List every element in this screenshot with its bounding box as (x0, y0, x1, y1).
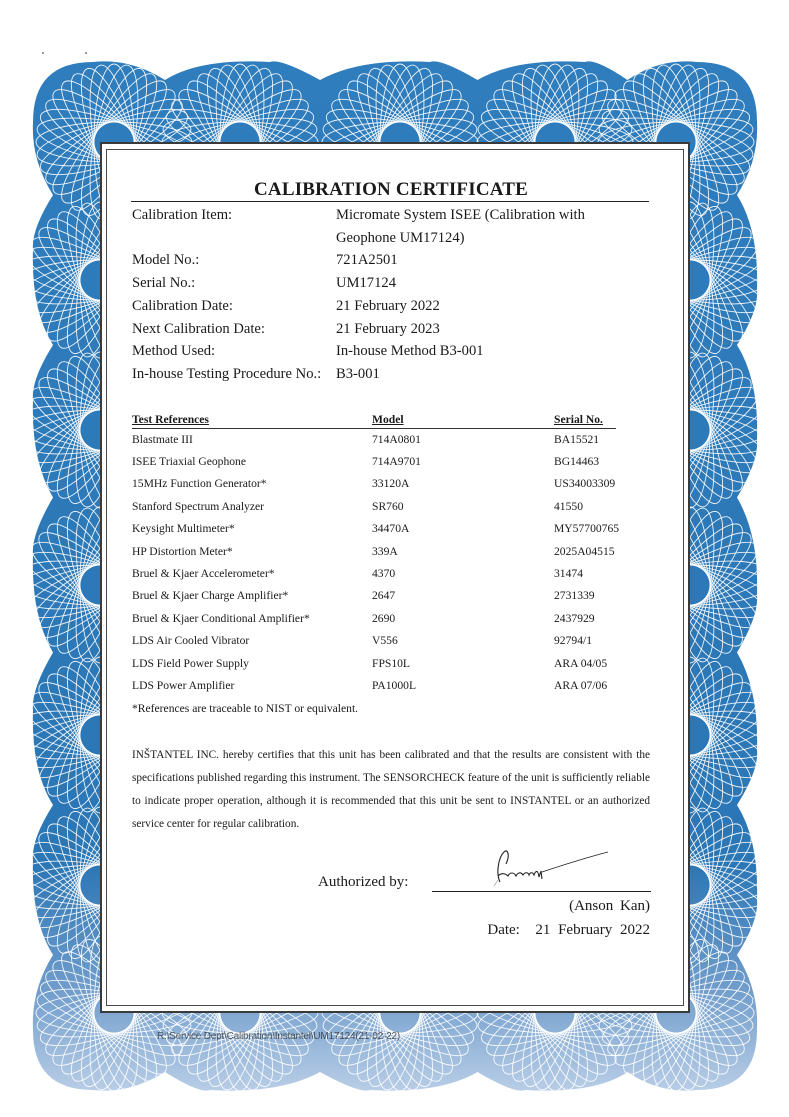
info-label: In-house Testing Procedure No.: (132, 363, 336, 386)
info-row-method: Method Used: In-house Method B3-001 (132, 340, 650, 363)
reference-name: LDS Air Cooled Vibrator (132, 630, 372, 652)
reference-serial: 2437929 (554, 608, 650, 630)
reference-model: 4370 (372, 563, 554, 585)
reference-name: Blastmate III (132, 429, 372, 451)
table-row: Keysight Multimeter*34470AMY57700765 (132, 518, 650, 540)
reference-model: 34470A (372, 518, 554, 540)
table-row: Bruel & Kjaer Conditional Amplifier*2690… (132, 608, 650, 630)
reference-model: 714A9701 (372, 451, 554, 473)
reference-serial: 2025A04515 (554, 541, 650, 563)
info-row-calibration-date: Calibration Date: 21 February 2022 (132, 295, 650, 318)
reference-name: Bruel & Kjaer Charge Amplifier* (132, 585, 372, 607)
column-header-serial: Serial No. (554, 413, 603, 426)
signature-line (432, 891, 651, 892)
reference-model: 714A0801 (372, 429, 554, 451)
info-row-procedure: In-house Testing Procedure No.: B3-001 (132, 363, 650, 386)
reference-serial: 41550 (554, 496, 650, 518)
reference-serial: 92794/1 (554, 630, 650, 652)
info-row-model: Model No.: 721A2501 (132, 249, 650, 272)
signer-name: (Anson Kan) (569, 898, 650, 915)
scan-speck (42, 52, 44, 54)
info-row-serial: Serial No.: UM17124 (132, 272, 650, 295)
info-value: UM17124 (336, 272, 650, 295)
info-value: 21 February 2023 (336, 318, 650, 341)
reference-serial: ARA 04/05 (554, 653, 650, 675)
reference-name: 15MHz Function Generator* (132, 473, 372, 495)
file-path-footer: R:\Service Dept\Calibration\Instantel\UM… (157, 1031, 400, 1042)
reference-model: V556 (372, 630, 554, 652)
info-value: In-house Method B3-001 (336, 340, 650, 363)
table-row: Bruel & Kjaer Charge Amplifier*264727313… (132, 585, 650, 607)
reference-name: Stanford Spectrum Analyzer (132, 496, 372, 518)
certificate-content: CALIBRATION CERTIFICATE Calibration Item… (132, 170, 650, 948)
info-label: Calibration Item: (132, 204, 336, 227)
table-row: 15MHz Function Generator*33120AUS3400330… (132, 473, 650, 495)
table-row: LDS Air Cooled VibratorV55692794/1 (132, 630, 650, 652)
calibration-info: Calibration Item: Micromate System ISEE … (132, 204, 650, 386)
info-row-next-calibration-date: Next Calibration Date: 21 February 2023 (132, 318, 650, 341)
reference-model: PA1000L (372, 675, 554, 697)
table-row: HP Distortion Meter*339A2025A04515 (132, 541, 650, 563)
date-value: 21 February 2022 (535, 922, 650, 938)
reference-serial: MY57700765 (554, 518, 650, 540)
info-row-calibration-item-cont: Geophone UM17124) (132, 227, 650, 250)
info-label: Next Calibration Date: (132, 318, 336, 341)
info-label: Calibration Date: (132, 295, 336, 318)
info-label: Method Used: (132, 340, 336, 363)
table-header: Test References Model Serial No. (132, 412, 616, 429)
table-row: ISEE Triaxial Geophone714A9701BG14463 (132, 451, 650, 473)
column-header-test-references: Test References (132, 413, 209, 426)
reference-name: ISEE Triaxial Geophone (132, 451, 372, 473)
info-value: B3-001 (336, 363, 650, 386)
authorization-date: Date: 21 February 2022 (487, 922, 650, 939)
reference-model: 2690 (372, 608, 554, 630)
table-row: LDS Power AmplifierPA1000LARA 07/06 (132, 675, 650, 697)
info-label: Model No.: (132, 249, 336, 272)
title-underline (131, 201, 649, 202)
reference-name: Bruel & Kjaer Conditional Amplifier* (132, 608, 372, 630)
date-label: Date: (487, 922, 519, 938)
authorized-by-label: Authorized by: (318, 874, 408, 891)
scan-speck (85, 52, 87, 54)
reference-serial: 31474 (554, 563, 650, 585)
table-row: Bruel & Kjaer Accelerometer*437031474 (132, 563, 650, 585)
reference-serial: ARA 07/06 (554, 675, 650, 697)
info-label: Serial No.: (132, 272, 336, 295)
signature-icon (470, 846, 610, 890)
reference-model: SR760 (372, 496, 554, 518)
reference-model: 33120A (372, 473, 554, 495)
info-value: 21 February 2022 (336, 295, 650, 318)
reference-model: FPS10L (372, 653, 554, 675)
reference-serial: BG14463 (554, 451, 650, 473)
info-value: 721A2501 (336, 249, 650, 272)
test-references-table: Test References Model Serial No. Blastma… (132, 412, 650, 720)
reference-serial: BA15521 (554, 429, 650, 451)
table-row: LDS Field Power SupplyFPS10LARA 04/05 (132, 653, 650, 675)
authorization-block: Authorized by: (Anson Kan) Date: 21 Febr… (132, 848, 650, 948)
table-row: Stanford Spectrum AnalyzerSR76041550 (132, 496, 650, 518)
reference-name: HP Distortion Meter* (132, 541, 372, 563)
reference-model: 339A (372, 541, 554, 563)
reference-name: Bruel & Kjaer Accelerometer* (132, 563, 372, 585)
table-body: Blastmate III714A0801BA15521ISEE Triaxia… (132, 429, 650, 698)
traceability-note: *References are traceable to NIST or equ… (132, 698, 650, 720)
reference-name: LDS Field Power Supply (132, 653, 372, 675)
reference-name: Keysight Multimeter* (132, 518, 372, 540)
reference-name: LDS Power Amplifier (132, 675, 372, 697)
info-row-calibration-item: Calibration Item: Micromate System ISEE … (132, 204, 650, 227)
column-header-model: Model (372, 413, 404, 426)
certificate-title: CALIBRATION CERTIFICATE (132, 170, 650, 201)
reference-model: 2647 (372, 585, 554, 607)
table-row: Blastmate III714A0801BA15521 (132, 429, 650, 451)
certification-statement: INŠTANTEL INC. hereby certifies that thi… (132, 744, 650, 837)
reference-serial: US34003309 (554, 473, 650, 495)
reference-serial: 2731339 (554, 585, 650, 607)
info-value: Micromate System ISEE (Calibration with (336, 204, 650, 227)
info-value: Geophone UM17124) (336, 227, 650, 250)
